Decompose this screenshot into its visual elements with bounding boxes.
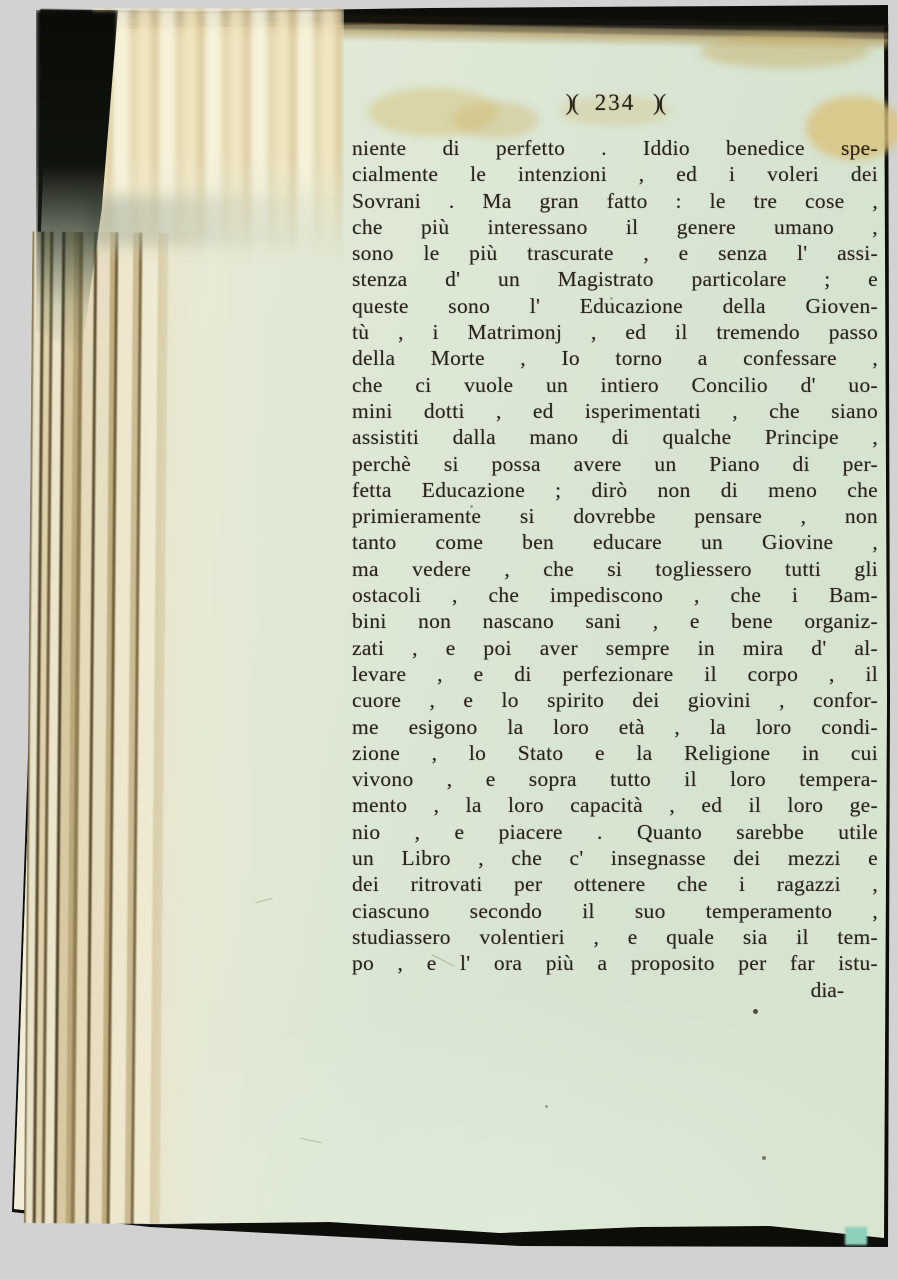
catchword: dia- <box>352 978 878 1004</box>
text-line: tù , i Matrimonj , ed il tremendo passo <box>352 320 878 346</box>
text-line: cialmente le intenzioni , ed i voleri de… <box>352 162 878 188</box>
text-line: mini dotti , ed isperimentati , che sian… <box>352 399 878 425</box>
text-line: che più interessano il genere umano , <box>352 215 878 241</box>
text-line: zione , lo Stato e la Religione in cui <box>352 741 878 767</box>
text-line: mento , la loro capacità , ed il loro ge… <box>352 793 878 819</box>
photograph-of-book-page: )( 234 )( niente di perfetto . Iddio ben… <box>0 0 897 1279</box>
binding-edge-texture <box>24 231 203 1224</box>
page-text: )( 234 )( niente di perfetto . Iddio ben… <box>352 90 878 1004</box>
header-ornament-left: )( <box>566 90 577 115</box>
text-line: ciascuno secondo il suo temperamento , <box>352 899 878 925</box>
text-line: dei ritrovati per ottenere che i ragazzi… <box>352 872 878 898</box>
text-line: cuore , e lo spirito dei giovini , confo… <box>352 688 878 714</box>
text-line: Sovrani . Ma gran fatto : le tre cose , <box>352 189 878 215</box>
text-line: perchè si possa avere un Piano di per- <box>352 452 878 478</box>
text-line: zati , e poi aver sempre in mira d' al- <box>352 636 878 662</box>
stain-blob <box>700 34 870 68</box>
page-header: )( 234 )( <box>352 90 878 122</box>
text-line: niente di perfetto . Iddio benedice spe- <box>352 136 878 162</box>
text-line: tanto come ben educare un Giovine , <box>352 530 878 556</box>
gutter-smudge <box>88 196 350 246</box>
text-line: me esigono la loro età , la loro condi- <box>352 715 878 741</box>
ink-speck <box>762 1156 766 1160</box>
text-line: stenza d' un Magistrato particolare ; e <box>352 267 878 293</box>
bottom-edge-highlight <box>845 1227 867 1245</box>
text-line: levare , e di perfezionare il corpo , il <box>352 662 878 688</box>
text-line: un Libro , che c' insegnasse dei mezzi e <box>352 846 878 872</box>
text-line: bini non nascano sani , e bene organiz- <box>352 609 878 635</box>
text-line: studiassero volentieri , e quale sia il … <box>352 925 878 951</box>
page-number: 234 <box>595 90 636 115</box>
text-line: che ci vuole un intiero Concilio d' uo- <box>352 373 878 399</box>
text-line: della Morte , Io torno a confessare , <box>352 346 878 372</box>
text-line: vivono , e sopra tutto il loro tempera- <box>352 767 878 793</box>
ink-speck <box>470 505 473 508</box>
text-line: ostacoli , che impediscono , che i Bam- <box>352 583 878 609</box>
ink-speck <box>610 297 613 300</box>
text-line: assistiti dalla mano di qualche Principe… <box>352 425 878 451</box>
body-text: niente di perfetto . Iddio benedice spe-… <box>352 136 878 978</box>
text-line: fetta Educazione ; dirò non di meno che <box>352 478 878 504</box>
text-line: ma vedere , che si togliessero tutti gli <box>352 557 878 583</box>
text-line: queste sono l' Educazione della Gioven- <box>352 294 878 320</box>
text-line: sono le più trascurate , e senza l' assi… <box>352 241 878 267</box>
ink-speck <box>545 1105 548 1108</box>
header-ornament-right: )( <box>653 90 664 115</box>
text-line: nio , e piacere . Quanto sarebbe utile <box>352 820 878 846</box>
ink-speck <box>753 1009 758 1014</box>
text-line: primieramente si dovrebbe pensare , non <box>352 504 878 530</box>
